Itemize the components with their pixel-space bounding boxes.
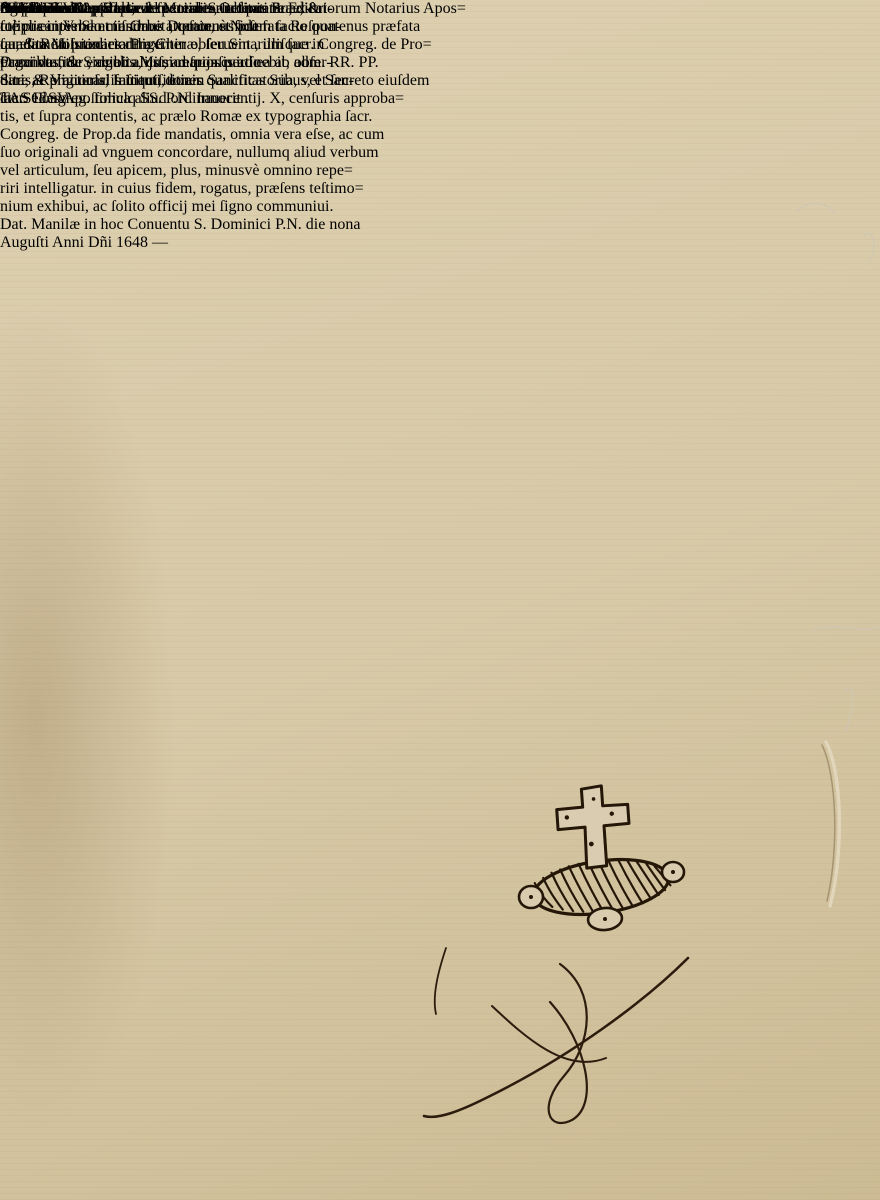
signature-notary-title: Not. Apcus. <box>0 0 76 18</box>
manuscript-line: nium exhibui, ac ſolito officij mei ſign… <box>0 198 466 216</box>
manuscript-line: ſacr. Congreg. ſimulq SS. P.N. Innocenti… <box>0 90 466 108</box>
manuscript-line: Dat. Manilæ in hoc Conuentu S. Dominici … <box>0 216 466 234</box>
manuscript-line: tolicus in Vrbe et in Orbe atteſtor, et … <box>0 18 466 36</box>
manuscript-line: Congreg. de Prop.da fide mandatis, omnia… <box>0 126 466 144</box>
manuscript-line: tis, et ſupra contentis, ac prælo Romæ e… <box>0 108 466 126</box>
manuscript-line: S.tæ ac Vniuerſalis inquiſitionis qualif… <box>0 72 466 90</box>
manuscript-line: riri intelligatur. in cuius fidem, rogat… <box>0 180 466 198</box>
photograph-of-manuscript: 28. 56 in qual 08 DECRETVM Reſolutiones … <box>0 0 880 1200</box>
manuscript-line: ſuo originali ad vnguem concordare, null… <box>0 144 466 162</box>
notary-abbreviation: Not. Ap <box>0 0 51 17</box>
signature-period: . <box>110 0 114 17</box>
manuscript-line: vel articulum, ſeu apicem, plus, minusvè… <box>0 162 466 180</box>
manuscript-line: Auguſti Anni Dñi 1648 — <box>0 234 466 252</box>
manuscript-line: paganda fide exhibita, cum reſponſis ad … <box>0 54 466 72</box>
notary-superscript: cus <box>51 0 72 17</box>
manuscript-block: Ego fr. Joannes Bapta de Morales Ordinis… <box>0 0 466 252</box>
notary-period: . <box>72 0 76 17</box>
manuscript-line: quæſita Miſsionariorum Chinæ, ſeu Sinaru… <box>0 36 466 54</box>
signature-superscript: ta <box>98 0 110 17</box>
